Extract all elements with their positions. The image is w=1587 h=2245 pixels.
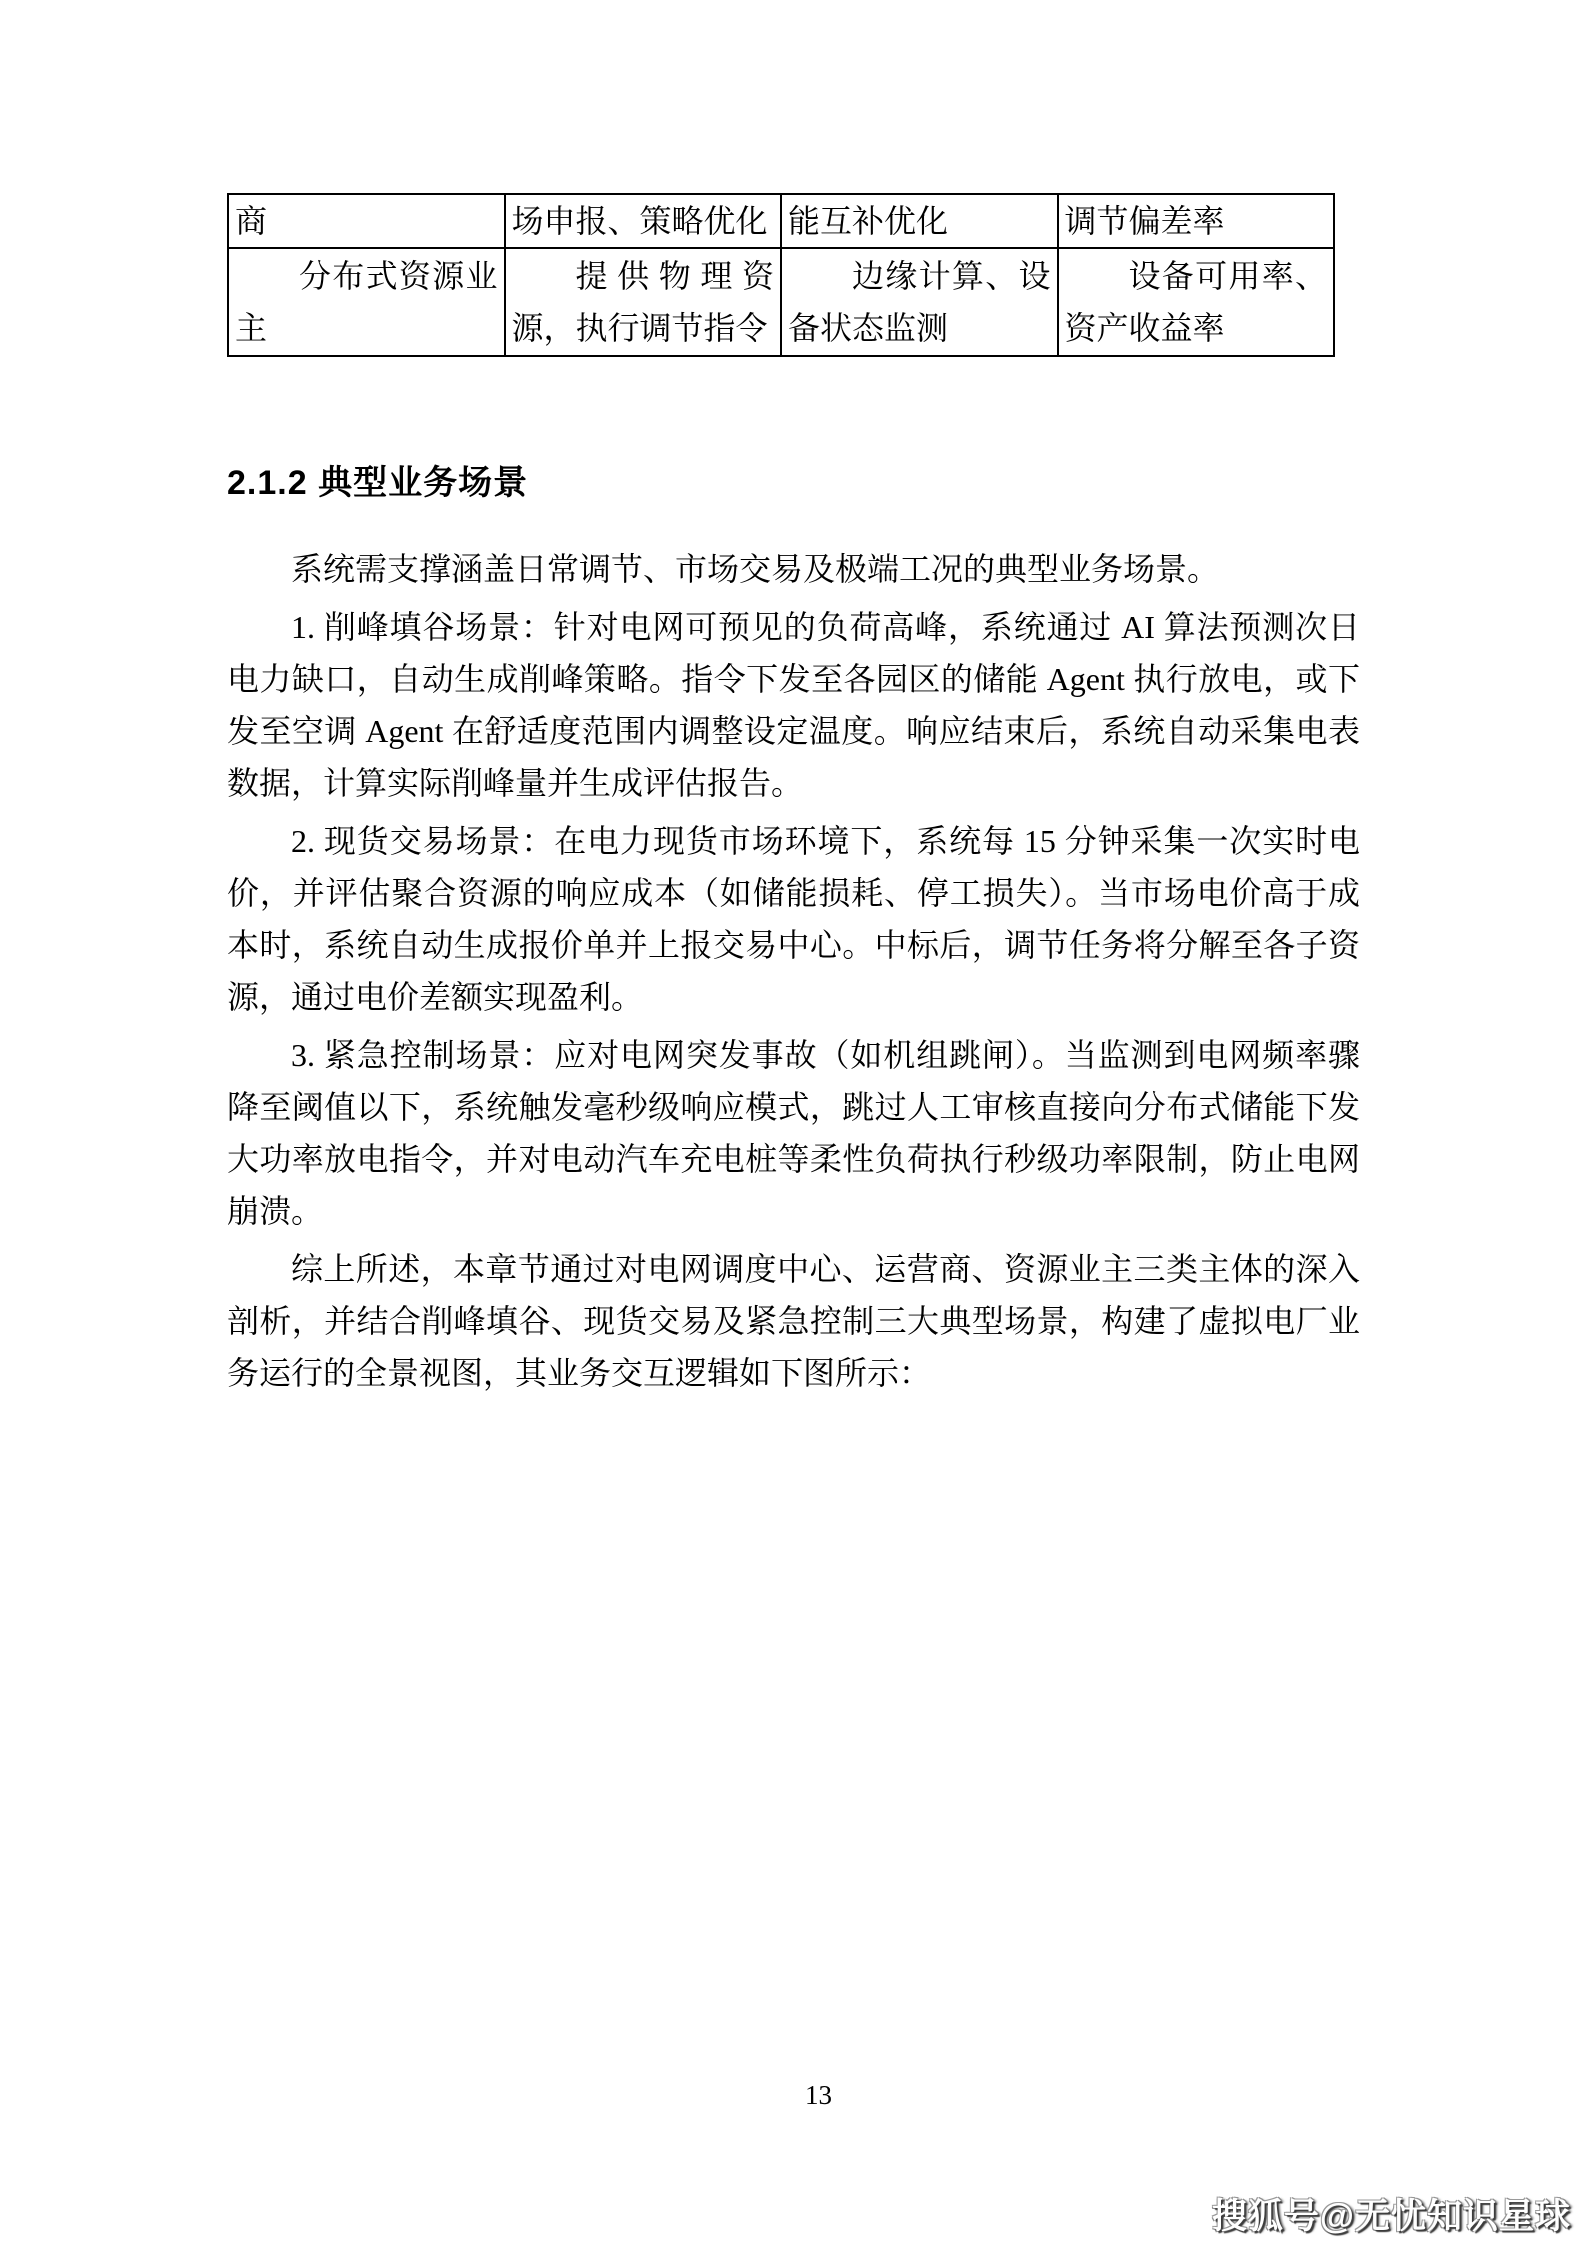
cell-text: 调节偏差率 [1065, 195, 1328, 247]
paragraph-scenario-peak-shaving: 1. 削峰填谷场景：针对电网可预见的负荷高峰，系统通过 AI 算法预测次日电力缺… [227, 601, 1360, 809]
body-text-block: 系统需支撑涵盖日常调节、市场交易及极端工况的典型业务场景。 1. 削峰填谷场景：… [227, 543, 1360, 1399]
table-cell: 提供物理资源，执行调节指令 [505, 248, 782, 356]
cell-text: 设备可用率、资产收益率 [1065, 250, 1328, 354]
cell-text: 商 [235, 195, 498, 247]
document-page: 商 场申报、策略优化 能互补优化 调节偏差率 分布式资源业主 提供物理资源，执行… [0, 0, 1587, 2245]
table-cell: 调节偏差率 [1058, 194, 1335, 248]
cell-text: 场申报、策略优化 [512, 195, 775, 247]
watermark: 搜狐号@无忧知识星球 [1212, 2189, 1571, 2239]
page-number: 13 [0, 2080, 1587, 2111]
table-row: 商 场申报、策略优化 能互补优化 调节偏差率 [228, 194, 1334, 248]
paragraph-scenario-emergency-control: 3. 紧急控制场景：应对电网突发事故（如机组跳闸）。当监测到电网频率骤降至阈值以… [227, 1029, 1360, 1237]
cell-text: 分布式资源业主 [235, 250, 498, 354]
table-row: 分布式资源业主 提供物理资源，执行调节指令 边缘计算、设备状态监测 设备可用率、… [228, 248, 1334, 356]
table-cell: 商 [228, 194, 505, 248]
paragraph-intro: 系统需支撑涵盖日常调节、市场交易及极端工况的典型业务场景。 [227, 543, 1360, 595]
table-cell: 边缘计算、设备状态监测 [781, 248, 1058, 356]
continuation-table: 商 场申报、策略优化 能互补优化 调节偏差率 分布式资源业主 提供物理资源，执行… [227, 193, 1335, 357]
table-cell: 能互补优化 [781, 194, 1058, 248]
table-cell: 场申报、策略优化 [505, 194, 782, 248]
table-cell: 设备可用率、资产收益率 [1058, 248, 1335, 356]
cell-text: 提供物理资源，执行调节指令 [512, 250, 775, 354]
paragraph-summary: 综上所述，本章节通过对电网调度中心、运营商、资源业主三类主体的深入剖析，并结合削… [227, 1243, 1360, 1399]
section-heading: 2.1.2 典型业务场景 [227, 455, 528, 504]
paragraph-scenario-spot-trading: 2. 现货交易场景：在电力现货市场环境下，系统每 15 分钟采集一次实时电价，并… [227, 815, 1360, 1023]
cell-text: 边缘计算、设备状态监测 [788, 250, 1051, 354]
table-cell: 分布式资源业主 [228, 248, 505, 356]
cell-text: 能互补优化 [788, 195, 1051, 247]
